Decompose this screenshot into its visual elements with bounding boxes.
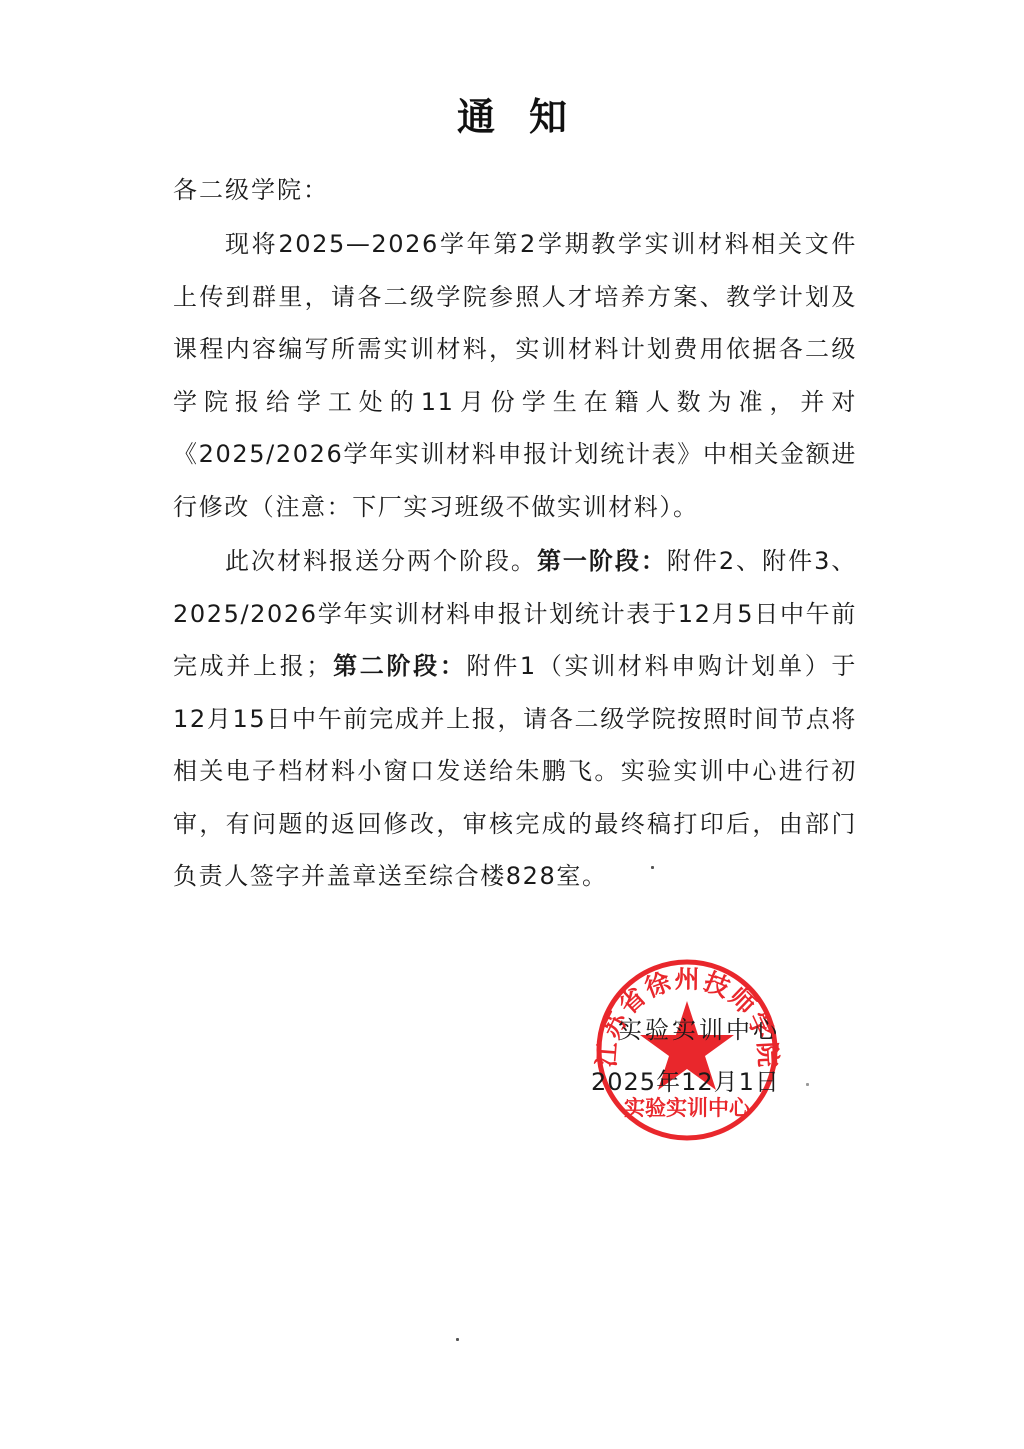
paragraph-1-text: 现将2025—2026学年第2学期教学实训材料相关文件上传到群里，请各二级学院参… <box>173 230 857 521</box>
paragraph-2-intro: 此次材料报送分两个阶段。 <box>225 547 537 575</box>
paragraph-2: 此次材料报送分两个阶段。第一阶段：附件2、附件3、2025/2026学年实训材料… <box>173 535 857 903</box>
salutation: 各二级学院： <box>173 168 329 212</box>
stage-2-label: 第二阶段： <box>332 652 467 680</box>
scan-speck <box>456 1338 459 1341</box>
signature-date: 2025年12月1日 <box>591 1062 780 1102</box>
signature-organization: 实验实训中心 <box>618 1010 780 1050</box>
scan-speck <box>651 866 654 869</box>
scan-speck <box>806 1083 809 1086</box>
document-title: 通知 <box>0 92 1024 142</box>
paragraph-1: 现将2025—2026学年第2学期教学实训材料相关文件上传到群里，请各二级学院参… <box>173 218 857 533</box>
document-page: 通知 各二级学院： 现将2025—2026学年第2学期教学实训材料相关文件上传到… <box>0 0 1024 1449</box>
stage-1-label: 第一阶段： <box>537 547 667 575</box>
official-seal-icon: 江苏省徐州技师学院 实验实训中心 <box>587 955 787 1145</box>
stage-2-text: 附件1（实训材料申购计划单）于12月15日中午前完成并上报，请各二级学院按照时间… <box>173 652 857 890</box>
